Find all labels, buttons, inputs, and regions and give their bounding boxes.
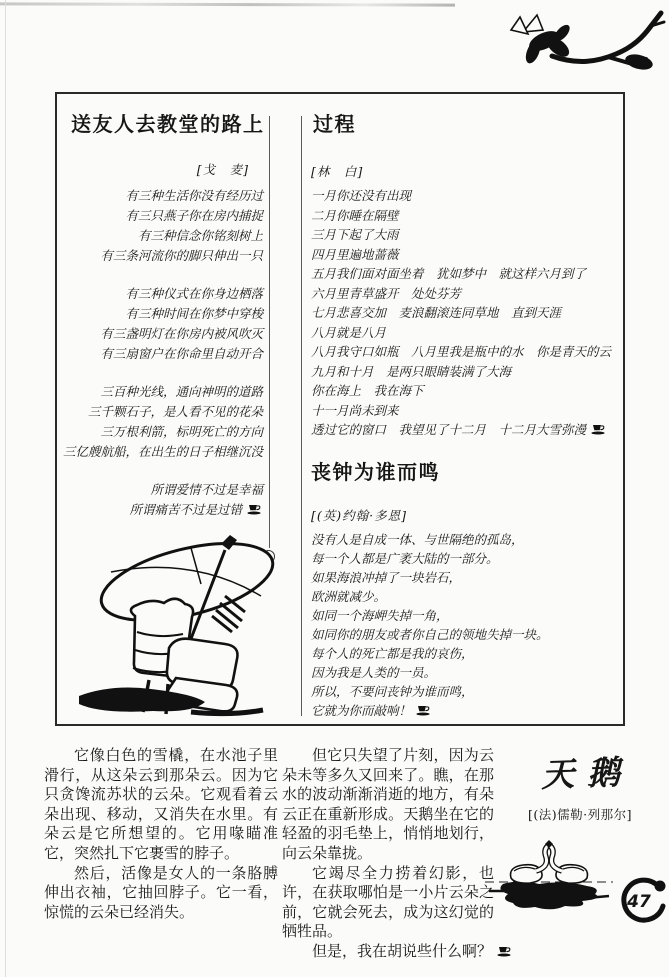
- poem-line: 一月你还没有出现: [311, 186, 623, 206]
- swan-author: [(法)儒勒·列那尔]: [497, 805, 663, 823]
- two-swans-illustration: [483, 838, 615, 922]
- column-divider-cord: [269, 116, 270, 548]
- prose-paragraph: 它像白色的雪橇，在水池子里滑行，从这朵云到那朵云。因为它只贪馋流苏状的云朵。它观…: [44, 746, 278, 864]
- poem-line: 有三种时间在你梦中穿梭: [63, 304, 263, 324]
- prose-paragraph: 但它只失望了片刻，因为云朵未等多久又回来了。瞧，在那水的波动渐渐消逝的地方，有朵…: [282, 746, 494, 864]
- poem-line: 九月和十月 是两只眼睛装满了大海: [311, 362, 623, 382]
- poem-stanza: 三百种光线，通向神明的道路三千颗石子，是人看不见的花朵三万根利箭，标明死亡的方向…: [63, 382, 263, 462]
- poem-line: 八月我守口如瓶 八月里我是瓶中的水 你是青天的云: [311, 342, 623, 362]
- page-number-badge: 47: [616, 876, 669, 930]
- poem-title-guocheng: 过程: [313, 108, 356, 137]
- poem-stanza: 有三种生活你没有经历过有三只燕子你在房内捕捉有三种信念你铭刻树上有三条河流你的脚…: [63, 186, 263, 266]
- poem-line: 三亿艘航船，在出生的日子相继沉没: [63, 442, 263, 462]
- poem-line: 每个人的死亡都是我的哀伤，: [311, 644, 623, 663]
- prose-paragraph: 它竭尽全力捞着幻影，也许，在获取哪怕是一小片云朵之前，它就会死去，成为这幻觉的牺…: [282, 864, 494, 942]
- poem-title-songyouren: 送友人去教堂的路上: [71, 108, 265, 137]
- scan-edge-artifact: [5, 0, 6, 977]
- teacup-icon: [497, 945, 513, 957]
- poem-line: 三万根利箭，标明死亡的方向: [63, 422, 263, 442]
- poem-author-donne: [(英)约翰·多恩]: [311, 506, 407, 524]
- poem-stanza: 有三种仪式在你身边栖落有三种时间在你梦中穿梭有三盏明灯在你房内被风吹灭有三扇窗户…: [63, 284, 263, 364]
- poem-line: 每一个人都是广袤大陆的一部分。: [311, 549, 623, 568]
- poems-frame: 送友人去教堂的路上 [戈 麦] 有三种生活你没有经历过有三只燕子你在房内捕捉有三…: [55, 92, 625, 726]
- scanned-book-page: 送友人去教堂的路上 [戈 麦] 有三种生活你没有经历过有三只燕子你在房内捕捉有三…: [0, 0, 669, 977]
- poem-line: 有三扇窗户在你命里自动开合: [63, 344, 263, 364]
- poem-line: 三千颗石子，是人看不见的花朵: [63, 402, 263, 422]
- poem-last-line: 所谓痛苦不过是过错: [63, 500, 263, 518]
- poem-line: 所以，不要问丧钟为谁而鸣，: [311, 682, 623, 701]
- poem-line: 如果海浪冲掉了一块岩石，: [311, 568, 623, 587]
- prose-paragraph: 然后，活像是女人的一条胳膊伸出衣袖，它抽回脖子。它一看，惊慌的云朵已经消失。: [44, 864, 278, 923]
- teacup-icon: [591, 423, 607, 435]
- poem-line: 没有人是自成一体、与世隔绝的孤岛，: [311, 530, 623, 549]
- poem-line: 四月里遍地蔷薇: [311, 245, 623, 265]
- poem-line: 十一月尚未到来: [311, 401, 623, 421]
- swan-section-header: 天鹅 [(法)儒勒·列那尔]: [497, 748, 663, 823]
- teacup-icon: [416, 704, 432, 716]
- prose-paragraphs: 但它只失望了片刻，因为云朵未等多久又回来了。瞧，在那水的波动渐渐消逝的地方，有朵…: [282, 746, 494, 942]
- scan-edge-artifact: [0, 2, 455, 6]
- beach-chair-umbrella-illustration: [73, 520, 311, 720]
- poem-last-line: 透过它的窗口 我望见了十二月 十二月大雪弥漫: [311, 420, 607, 438]
- poem-line: 如同你的朋友或者你自己的领地失掉一块。: [311, 625, 623, 644]
- poem-line: 有三种仪式在你身边栖落: [63, 284, 263, 304]
- poem-line: 三百种光线，通向神明的道路: [63, 382, 263, 402]
- poem-line: 它就为你而敲响！: [311, 703, 411, 718]
- right-poems-column: 过程 [林 白] 一月你还没有出现二月你睡在隔壁三月下起了大雨四月里遍地蔷薇五月…: [307, 94, 625, 724]
- poem-line: 七月悲喜交加 麦浪翻滚连同草地 直到天涯: [311, 303, 623, 323]
- poem-line: 有三条河流你的脚只伸出一只: [63, 246, 263, 266]
- swan-title: 天鹅: [527, 746, 634, 797]
- poem-line: 六月里青草盛开 处处芬芳: [311, 284, 623, 304]
- prose-text: 但是，我在胡说些什么啊？: [312, 942, 492, 960]
- swan-prose-left-column: 它像白色的雪橇，在水池子里滑行，从这朵云到那朵云。因为它只贪馋流苏状的云朵。它观…: [44, 746, 278, 922]
- teacup-icon: [247, 503, 263, 515]
- poem-line: 五月我们面对面坐着 犹如梦中 就这样六月到了: [311, 264, 623, 284]
- poem-line: 八月就是八月: [311, 323, 623, 343]
- poem-line: 所谓爱情不过是幸福: [63, 480, 263, 500]
- poem-line: 二月你睡在隔壁: [311, 206, 623, 226]
- prose-last-paragraph: 但是，我在胡说些什么啊？: [282, 942, 494, 962]
- poem-line: 欧洲就减少。: [311, 587, 623, 606]
- left-poem-column: 送友人去教堂的路上 [戈 麦] 有三种生活你没有经历过有三只燕子你在房内捕捉有三…: [63, 94, 269, 724]
- poem-line: 如同一个海岬失掉一角，: [311, 606, 623, 625]
- poem-line: 有三只燕子你在房内捕捉: [63, 206, 263, 226]
- poem-line: 有三盏明灯在你房内被风吹灭: [63, 324, 263, 344]
- swan-prose-middle-column: 但它只失望了片刻，因为云朵未等多久又回来了。瞧，在那水的波动渐渐消逝的地方，有朵…: [282, 746, 494, 962]
- poem-line: 三月下起了大雨: [311, 225, 623, 245]
- ink-flower-branch-illustration: [492, 4, 667, 86]
- poem-title-sangzhong: 丧钟为谁而鸣: [311, 456, 440, 485]
- poem-lines-guocheng: 一月你还没有出现二月你睡在隔壁三月下起了大雨四月里遍地蔷薇五月我们面对面坐着 犹…: [311, 186, 623, 420]
- poem-author-gemai: [戈 麦]: [63, 160, 249, 178]
- poem-author-linbai: [林 白]: [311, 162, 363, 180]
- poem-line: 因为我是人类的一员。: [311, 663, 623, 682]
- poem-lines-sangzhong: 没有人是自成一体、与世隔绝的孤岛，每一个人都是广袤大陆的一部分。如果海浪冲掉了一…: [311, 530, 623, 701]
- poem-line: 有三种生活你没有经历过: [63, 186, 263, 206]
- page-number: 47: [616, 892, 662, 912]
- poem-stanza: 所谓爱情不过是幸福: [63, 480, 263, 500]
- poem-line: 透过它的窗口 我望见了十二月 十二月大雪弥漫: [311, 422, 586, 437]
- poem-last-line: 它就为你而敲响！: [311, 701, 432, 719]
- poem-line: 你在海上 我在海下: [311, 381, 623, 401]
- poem-line: 所谓痛苦不过是过错: [129, 502, 242, 517]
- poem-line: 有三种信念你铭刻树上: [63, 226, 263, 246]
